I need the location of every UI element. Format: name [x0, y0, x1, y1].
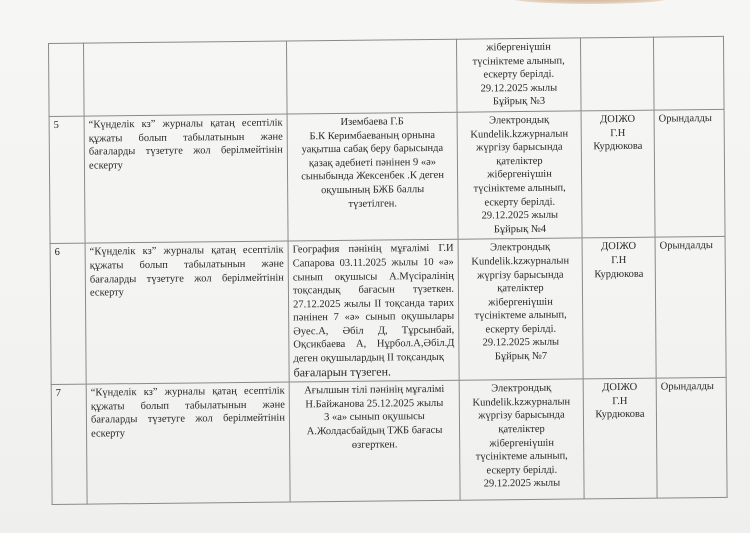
cell-status: Орындалды [656, 378, 727, 499]
action-line: түсініктеме алынып, [461, 54, 576, 69]
description-last-line: бағаларын түзеген. [294, 364, 455, 379]
action-line: Электрондық [463, 241, 578, 256]
cell-action: Электрондық Kundelik.kzжурналын жүргізу … [458, 238, 583, 380]
responsible-line: Г.Н [587, 254, 651, 268]
action-line: 29.12.2025 жылы [463, 336, 578, 351]
description-line: Н.Байжанова 25.12.2025 жылы [294, 397, 455, 412]
description-line: уақытша сабақ беру барысында [292, 142, 453, 157]
action-line: Kundelik.kzжурналын [464, 395, 579, 410]
cell-issue [84, 41, 288, 116]
responsible-line: Курдюкова [587, 267, 651, 281]
cell-responsible: ДОІЖО Г.Н Курдюкова [581, 110, 655, 238]
cell-issue: “Күнделік кз” журналы қатаң есептілік құ… [86, 382, 290, 504]
cell-description [286, 39, 457, 114]
cell-status: Орындалды [654, 109, 725, 237]
cell-number [49, 43, 85, 116]
action-line: Kundelik.kzжурналын [462, 127, 577, 142]
action-line: Бұйрық №4 [462, 222, 577, 237]
description-line: А.Жолдасбайдың ТЖБ бағасы [294, 424, 455, 439]
cell-description: Ағылшын тілі пәнінің мұғалімі Н.Байжанов… [289, 380, 460, 502]
action-line: Бұйрық №3 [461, 95, 576, 110]
action-line: 29.12.2025 жылы [464, 477, 579, 492]
report-table: жібергеніүшін түсініктеме алынып, ескерт… [48, 36, 728, 505]
action-line: ескерту берілді. [463, 322, 578, 337]
action-line: жүргізу барысында [464, 409, 579, 424]
table-row-continued: жібергеніүшін түсініктеме алынып, ескерт… [49, 36, 725, 116]
action-line: түсініктеме алынып, [464, 450, 579, 465]
responsible-line: Г.Н [588, 395, 652, 409]
action-line: ескерту берілді. [462, 195, 577, 210]
description-line: Ағылшын тілі пәнінің мұғалімі [294, 383, 455, 398]
cell-status [653, 36, 724, 110]
cell-responsible: ДОІЖО Г.Н Курдюкова [582, 237, 656, 379]
action-line: Электрондық [462, 113, 577, 128]
cell-description: Изембаева Г.Б Б.К Керимбаеваның орнына у… [287, 112, 458, 241]
responsible-line: Курдюкова [588, 408, 652, 422]
finger-shadow [510, 0, 670, 4]
action-line: түсініктеме алынып, [463, 309, 578, 324]
action-line: жібергеніүшін [464, 436, 579, 451]
responsible-line: Г.Н [586, 126, 650, 140]
cell-action: жібергеніүшін түсініктеме алынып, ескерт… [456, 38, 581, 112]
responsible-line: ДОІЖО [588, 381, 652, 395]
action-line: қателіктер [463, 282, 578, 297]
cell-responsible [580, 37, 654, 111]
description-line: сыныбында Жексенбек .К деген [292, 169, 453, 184]
cell-action: Электрондық Kundelik.kzжурналын жүргізу … [457, 111, 582, 240]
cell-status: Орындалды [655, 237, 726, 379]
description-line: түзетілген. [292, 196, 453, 211]
action-line: түсініктеме алынып, [462, 181, 577, 196]
cell-responsible: ДОІЖО Г.Н Курдюкова [583, 378, 657, 499]
action-line: 29.12.2025 жылы [462, 209, 577, 224]
table-row: 6 “Күнделік кз” журналы қатаң есептілік … [50, 237, 726, 385]
action-line: жібергеніүшін [461, 40, 576, 55]
action-line: жүргізу барысында [463, 268, 578, 283]
document-photo: жібергеніүшін түсініктеме алынып, ескерт… [0, 0, 750, 533]
action-line: Электрондық [464, 382, 579, 397]
responsible-line: ДОІЖО [587, 240, 651, 254]
cell-issue: “Күнделік кз” журналы қатаң есептілік құ… [84, 114, 288, 243]
action-line: қателіктер [462, 154, 577, 169]
cell-description: География пәнінің мұғалімі Г.И Сапарова … [288, 240, 459, 383]
action-line: 29.12.2025 жылы [461, 81, 576, 96]
cell-issue: “Күнделік кз” журналы қатаң есептілік құ… [85, 241, 289, 384]
responsible-line: ДОІЖО [586, 113, 650, 127]
action-line: жібергеніүшін [462, 168, 577, 183]
action-line: Бұйрық №7 [463, 350, 578, 365]
action-line: қателіктер [464, 422, 579, 437]
cell-number: 7 [51, 384, 87, 504]
action-line: ескерту берілді. [464, 463, 579, 478]
description-text: География пәнінің мұғалімі Г.И Сапарова … [293, 243, 455, 364]
action-line: жібергеніүшін [463, 295, 578, 310]
action-line: жүргізу барысында [462, 141, 577, 156]
table-row: 7 “Күнделік кз” журналы қатаң есептілік … [51, 378, 727, 505]
action-line: ескерту берілді. [461, 68, 576, 83]
cell-action: Электрондық Kundelik.kzжурналын жүргізу … [459, 379, 584, 500]
table-row: 5 “Күнделік кз” журналы қатаң есептілік … [49, 109, 725, 243]
cell-number: 6 [50, 243, 86, 384]
responsible-line: Курдюкова [586, 140, 650, 154]
action-line: Kundelik.kzжурналын [463, 254, 578, 269]
report-table-wrapper: жібергеніүшін түсініктеме алынып, ескерт… [48, 36, 728, 505]
cell-number: 5 [49, 116, 85, 244]
description-line: өзгерткен. [294, 437, 455, 452]
